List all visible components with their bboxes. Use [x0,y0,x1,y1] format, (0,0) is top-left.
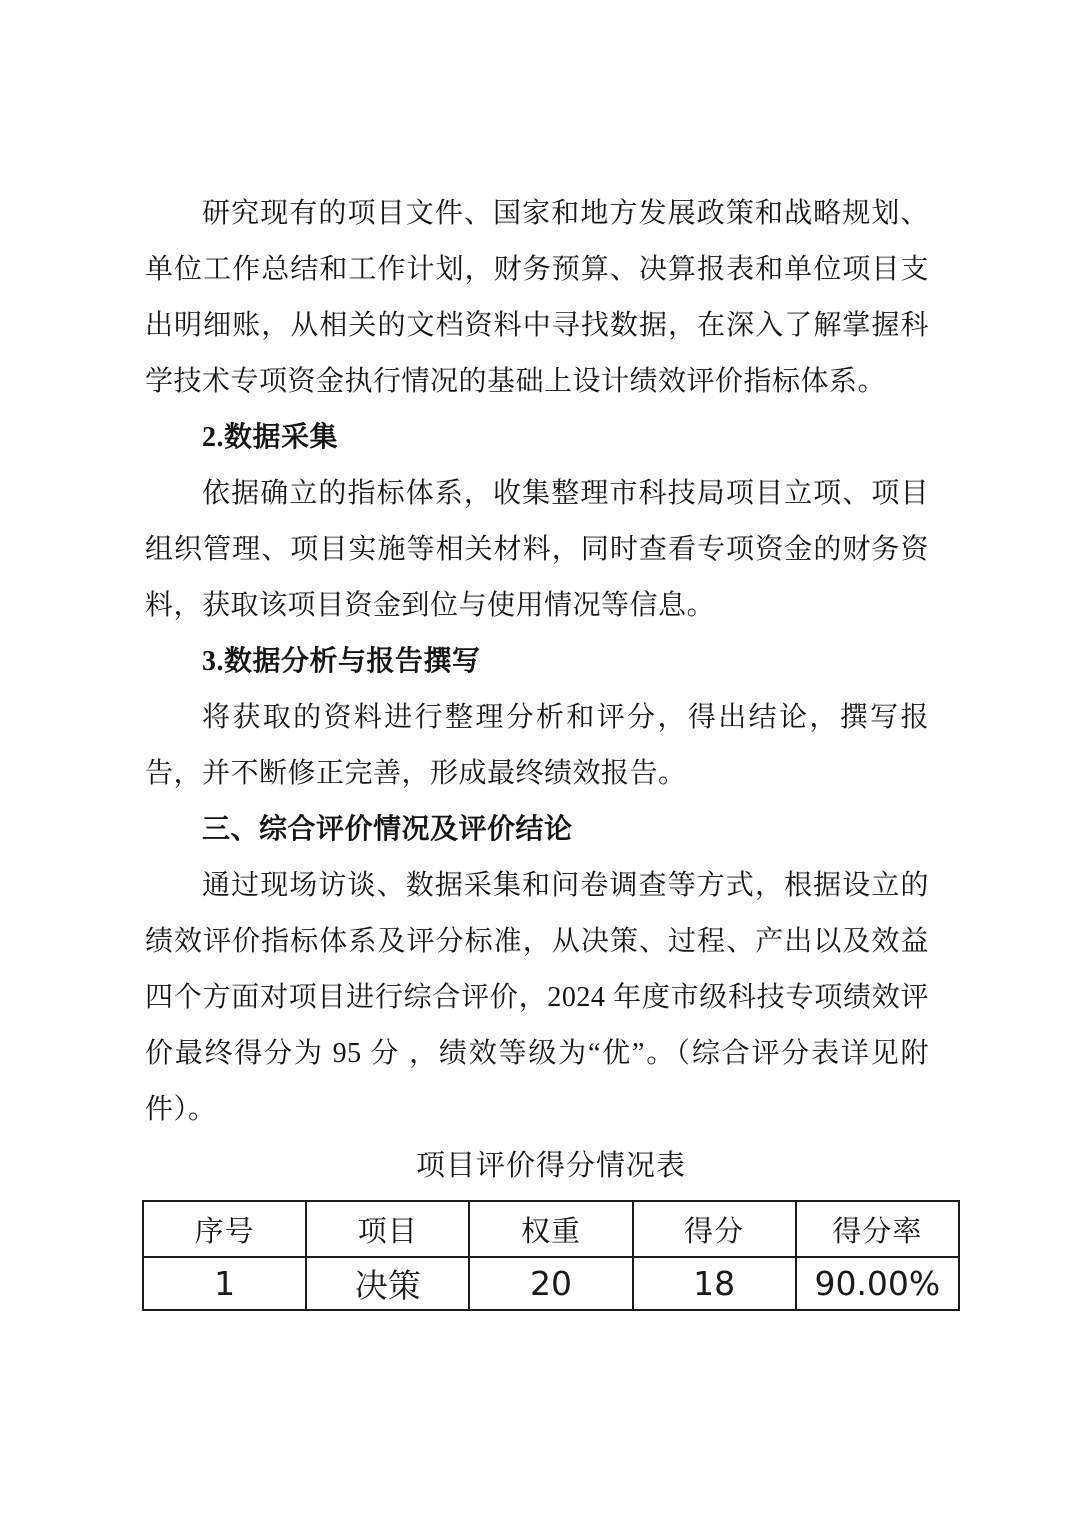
document-page: 研究现有的项目文件、国家和地方发展政策和战略规划、单位工作总结和工作计划，财务预… [0,0,1074,1520]
header-cell-score-rate: 得分率 [796,1201,959,1257]
document-content: 研究现有的项目文件、国家和地方发展政策和战略规划、单位工作总结和工作计划，财务预… [145,186,929,1311]
score-table: 序号 项目 权重 得分 得分率 1 决策 20 18 90.00% [142,1200,960,1311]
header-cell-serial-number: 序号 [143,1201,306,1257]
cell-serial-number: 1 [143,1257,306,1310]
heading-data-collection: 2.数据采集 [145,410,929,466]
cell-score: 18 [633,1257,796,1310]
score-table-title: 项目评价得分情况表 [142,1138,960,1194]
paragraph-research-methods: 研究现有的项目文件、国家和地方发展政策和战略规划、单位工作总结和工作计划，财务预… [145,186,929,410]
score-table-row: 1 决策 20 18 90.00% [143,1257,959,1310]
heading-comprehensive-evaluation: 三、综合评价情况及评价结论 [145,802,929,858]
paragraph-data-collection: 依据确立的指标体系，收集整理市科技局项目立项、项目组织管理、项目实施等相关材料，… [145,466,929,634]
paragraph-evaluation-conclusion: 通过现场访谈、数据采集和问卷调查等方式，根据设立的绩效评价指标体系及评分标准，从… [145,858,929,1138]
cell-item: 决策 [306,1257,469,1310]
header-cell-item: 项目 [306,1201,469,1257]
score-table-header-row: 序号 项目 权重 得分 得分率 [143,1201,959,1257]
heading-data-analysis: 3.数据分析与报告撰写 [145,634,929,690]
header-cell-weight: 权重 [469,1201,632,1257]
paragraph-data-analysis: 将获取的资料进行整理分析和评分，得出结论，撰写报告，并不断修正完善，形成最终绩效… [145,690,929,802]
cell-weight: 20 [469,1257,632,1310]
cell-score-rate: 90.00% [796,1257,959,1310]
header-cell-score: 得分 [633,1201,796,1257]
